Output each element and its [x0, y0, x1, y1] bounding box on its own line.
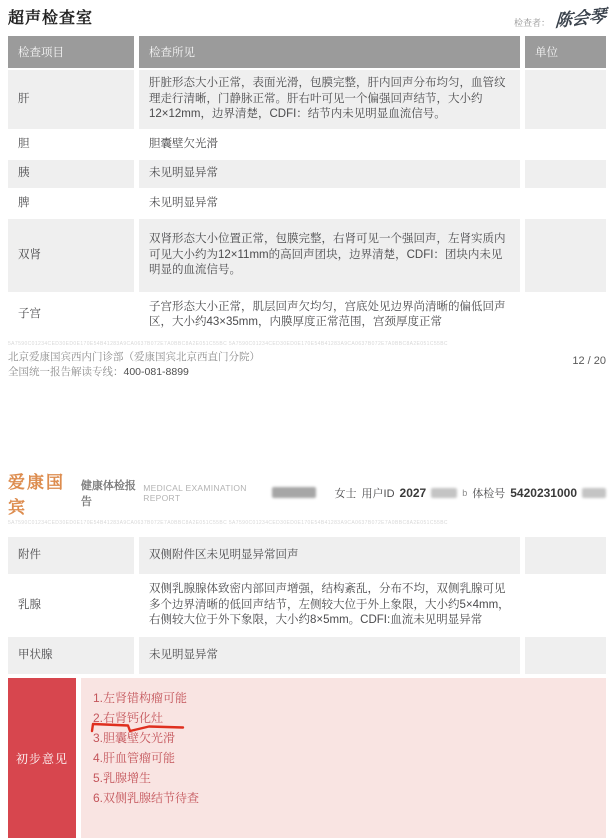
- table-row-uterus: 子宫 子宫形态大小正常，肌层回声欠均匀，宫底处见边界尚清晰的偏低回声区，大小约4…: [8, 294, 606, 337]
- finding-cell: 未见明显异常: [139, 637, 520, 675]
- item-cell: 胰: [8, 160, 134, 188]
- user-id-redacted: [431, 488, 457, 498]
- table-row-liver: 肝 肝脏形态大小正常，表面光滑，包膜完整，肝内回声分布均匀，血管纹理走行清晰，门…: [8, 70, 606, 129]
- page-number: 12 / 20: [572, 350, 606, 367]
- finding-cell: 子宫形态大小正常，肌层回声欠均匀，宫底处见边界尚清晰的偏低回声区，大小约43×3…: [139, 294, 520, 337]
- finding-cell: 双侧乳腺腺体致密内部回声增强，结构紊乱，分布不均，双侧乳腺可见多个边界清晰的低回…: [139, 576, 520, 635]
- security-watermark: 5A7590C01234CED30ED0E170E54B41283A9CA063…: [0, 518, 614, 527]
- table-row-pancreas: 胰 未见明显异常: [8, 160, 606, 188]
- patient-name-redacted: [272, 487, 316, 498]
- unit-cell: [525, 131, 606, 159]
- patient-gender: 女士: [335, 485, 357, 501]
- opinion-label: 初步意见: [8, 678, 76, 838]
- column-header-finding: 检查所见: [139, 36, 520, 68]
- finding-cell: 未见明显异常: [139, 190, 520, 218]
- page2-header: 爱康国宾 健康体检报告 MEDICAL EXAMINATION REPORT 女…: [0, 468, 614, 518]
- hotline-number: 400-081-8899: [124, 366, 189, 378]
- unit-cell: [525, 537, 606, 575]
- opinion-list: 1.左肾错构瘤可能 2.右肾钙化灶 3.胆囊壁欠光滑 4.肝血管瘤可能 5.乳腺…: [81, 678, 606, 838]
- footer-clinic-info: 北京爱康国宾西内门诊部（爱康国宾北京西直门分院） 全国统一报告解读专线：400-…: [8, 350, 260, 380]
- exam-no-redacted: [582, 488, 606, 498]
- report-title: 健康体检报告: [81, 477, 137, 509]
- table-row-kidneys: 双肾 双肾形态大小位置正常，包膜完整，右肾可见一个强回声，左肾实质内可见大小约为…: [8, 219, 606, 292]
- ultrasound-table: 检查项目 检查所见 单位 肝 肝脏形态大小正常，表面光滑，包膜完整，肝内回声分布…: [8, 36, 606, 337]
- user-id-label: 用户ID: [362, 485, 395, 501]
- item-cell: 双肾: [8, 219, 134, 292]
- column-header-item: 检查项目: [8, 36, 134, 68]
- item-cell: 肝: [8, 70, 134, 129]
- item-cell: 脾: [8, 190, 134, 218]
- page1-footer: 北京爱康国宾西内门诊部（爱康国宾北京西直门分院） 全国统一报告解读专线：400-…: [0, 348, 614, 380]
- opinion-item: 5.乳腺增生: [93, 768, 151, 788]
- table-row-breast: 乳腺 双侧乳腺腺体致密内部回声增强，结构紊乱，分布不均，双侧乳腺可见多个边界清晰…: [8, 576, 606, 635]
- patient-id-cluster: 女士 用户ID 2027 b 体检号 5420231000: [272, 485, 606, 501]
- unit-cell: [525, 70, 606, 129]
- opinion-item-underlined: 2.右肾钙化灶: [93, 708, 163, 728]
- finding-cell: 胆囊壁欠光滑: [139, 131, 520, 159]
- finding-cell: 肝脏形态大小正常，表面光滑，包膜完整，肝内回声分布均匀，血管纹理走行清晰，门静脉…: [139, 70, 520, 129]
- table-row-thyroid: 甲状腺 未见明显异常: [8, 637, 606, 675]
- item-cell: 甲状腺: [8, 637, 134, 675]
- page-title: 超声检查室: [8, 5, 93, 28]
- column-header-unit: 单位: [525, 36, 606, 68]
- page2-table: 附件 双侧附件区未见明显异常回声 乳腺 双侧乳腺腺体致密内部回声增强，结构紊乱，…: [8, 537, 606, 675]
- finding-cell: 双侧附件区未见明显异常回声: [139, 537, 520, 575]
- exam-no-label: 体检号: [472, 485, 505, 501]
- unit-cell: [525, 637, 606, 675]
- table-row-spleen: 脾 未见明显异常: [8, 190, 606, 218]
- opinion-item: 4.肝血管瘤可能: [93, 748, 175, 768]
- opinion-item: 6.双侧乳腺结节待查: [93, 788, 199, 808]
- opinion-item: 3.胆囊壁欠光滑: [93, 728, 175, 748]
- item-cell: 子宫: [8, 294, 134, 337]
- security-watermark: 5A7590C01234CED30ED0E170E54B41283A9CA063…: [0, 339, 614, 348]
- clinic-name: 北京爱康国宾西内门诊部（爱康国宾北京西直门分院）: [8, 350, 260, 365]
- examiner: 检查者： 陈会琴: [514, 5, 606, 29]
- opinion-item: 1.左肾错构瘤可能: [93, 688, 187, 708]
- user-id-value: 2027: [400, 486, 427, 500]
- unit-cell: [525, 576, 606, 635]
- examiner-signature: 陈会琴: [555, 8, 607, 31]
- finding-cell: 未见明显异常: [139, 160, 520, 188]
- unit-cell: [525, 294, 606, 337]
- exam-no-value: 5420231000: [510, 486, 577, 500]
- unit-cell: [525, 160, 606, 188]
- user-id-tail: b: [462, 488, 467, 498]
- unit-cell: [525, 219, 606, 292]
- item-cell: 胆: [8, 131, 134, 159]
- table-row-gallbladder: 胆 胆囊壁欠光滑: [8, 131, 606, 159]
- brand-logo: 爱康国宾: [8, 468, 73, 518]
- hotline-line: 全国统一报告解读专线：400-081-8899: [8, 365, 260, 380]
- page1-titlebar: 超声检查室 检查者： 陈会琴: [0, 0, 614, 29]
- item-cell: 乳腺: [8, 576, 134, 635]
- medical-report-page: 超声检查室 检查者： 陈会琴 检查项目 检查所见 单位 肝 肝脏形态大小正常，表…: [0, 0, 614, 840]
- item-cell: 附件: [8, 537, 134, 575]
- preliminary-opinion-block: 初步意见 1.左肾错构瘤可能 2.右肾钙化灶 3.胆囊壁欠光滑 4.肝血管瘤可能…: [8, 678, 606, 838]
- finding-cell: 双肾形态大小位置正常，包膜完整，右肾可见一个强回声，左肾实质内可见大小约为12×…: [139, 219, 520, 292]
- table-row-adnexa: 附件 双侧附件区未见明显异常回声: [8, 537, 606, 575]
- table-header-row: 检查项目 检查所见 单位: [8, 36, 606, 68]
- opinion-item-text: 2.右肾钙化灶: [93, 711, 163, 725]
- report-title-en: MEDICAL EXAMINATION REPORT: [143, 483, 265, 503]
- unit-cell: [525, 190, 606, 218]
- hotline-label: 全国统一报告解读专线：: [8, 366, 124, 378]
- examiner-label: 检查者：: [514, 11, 550, 29]
